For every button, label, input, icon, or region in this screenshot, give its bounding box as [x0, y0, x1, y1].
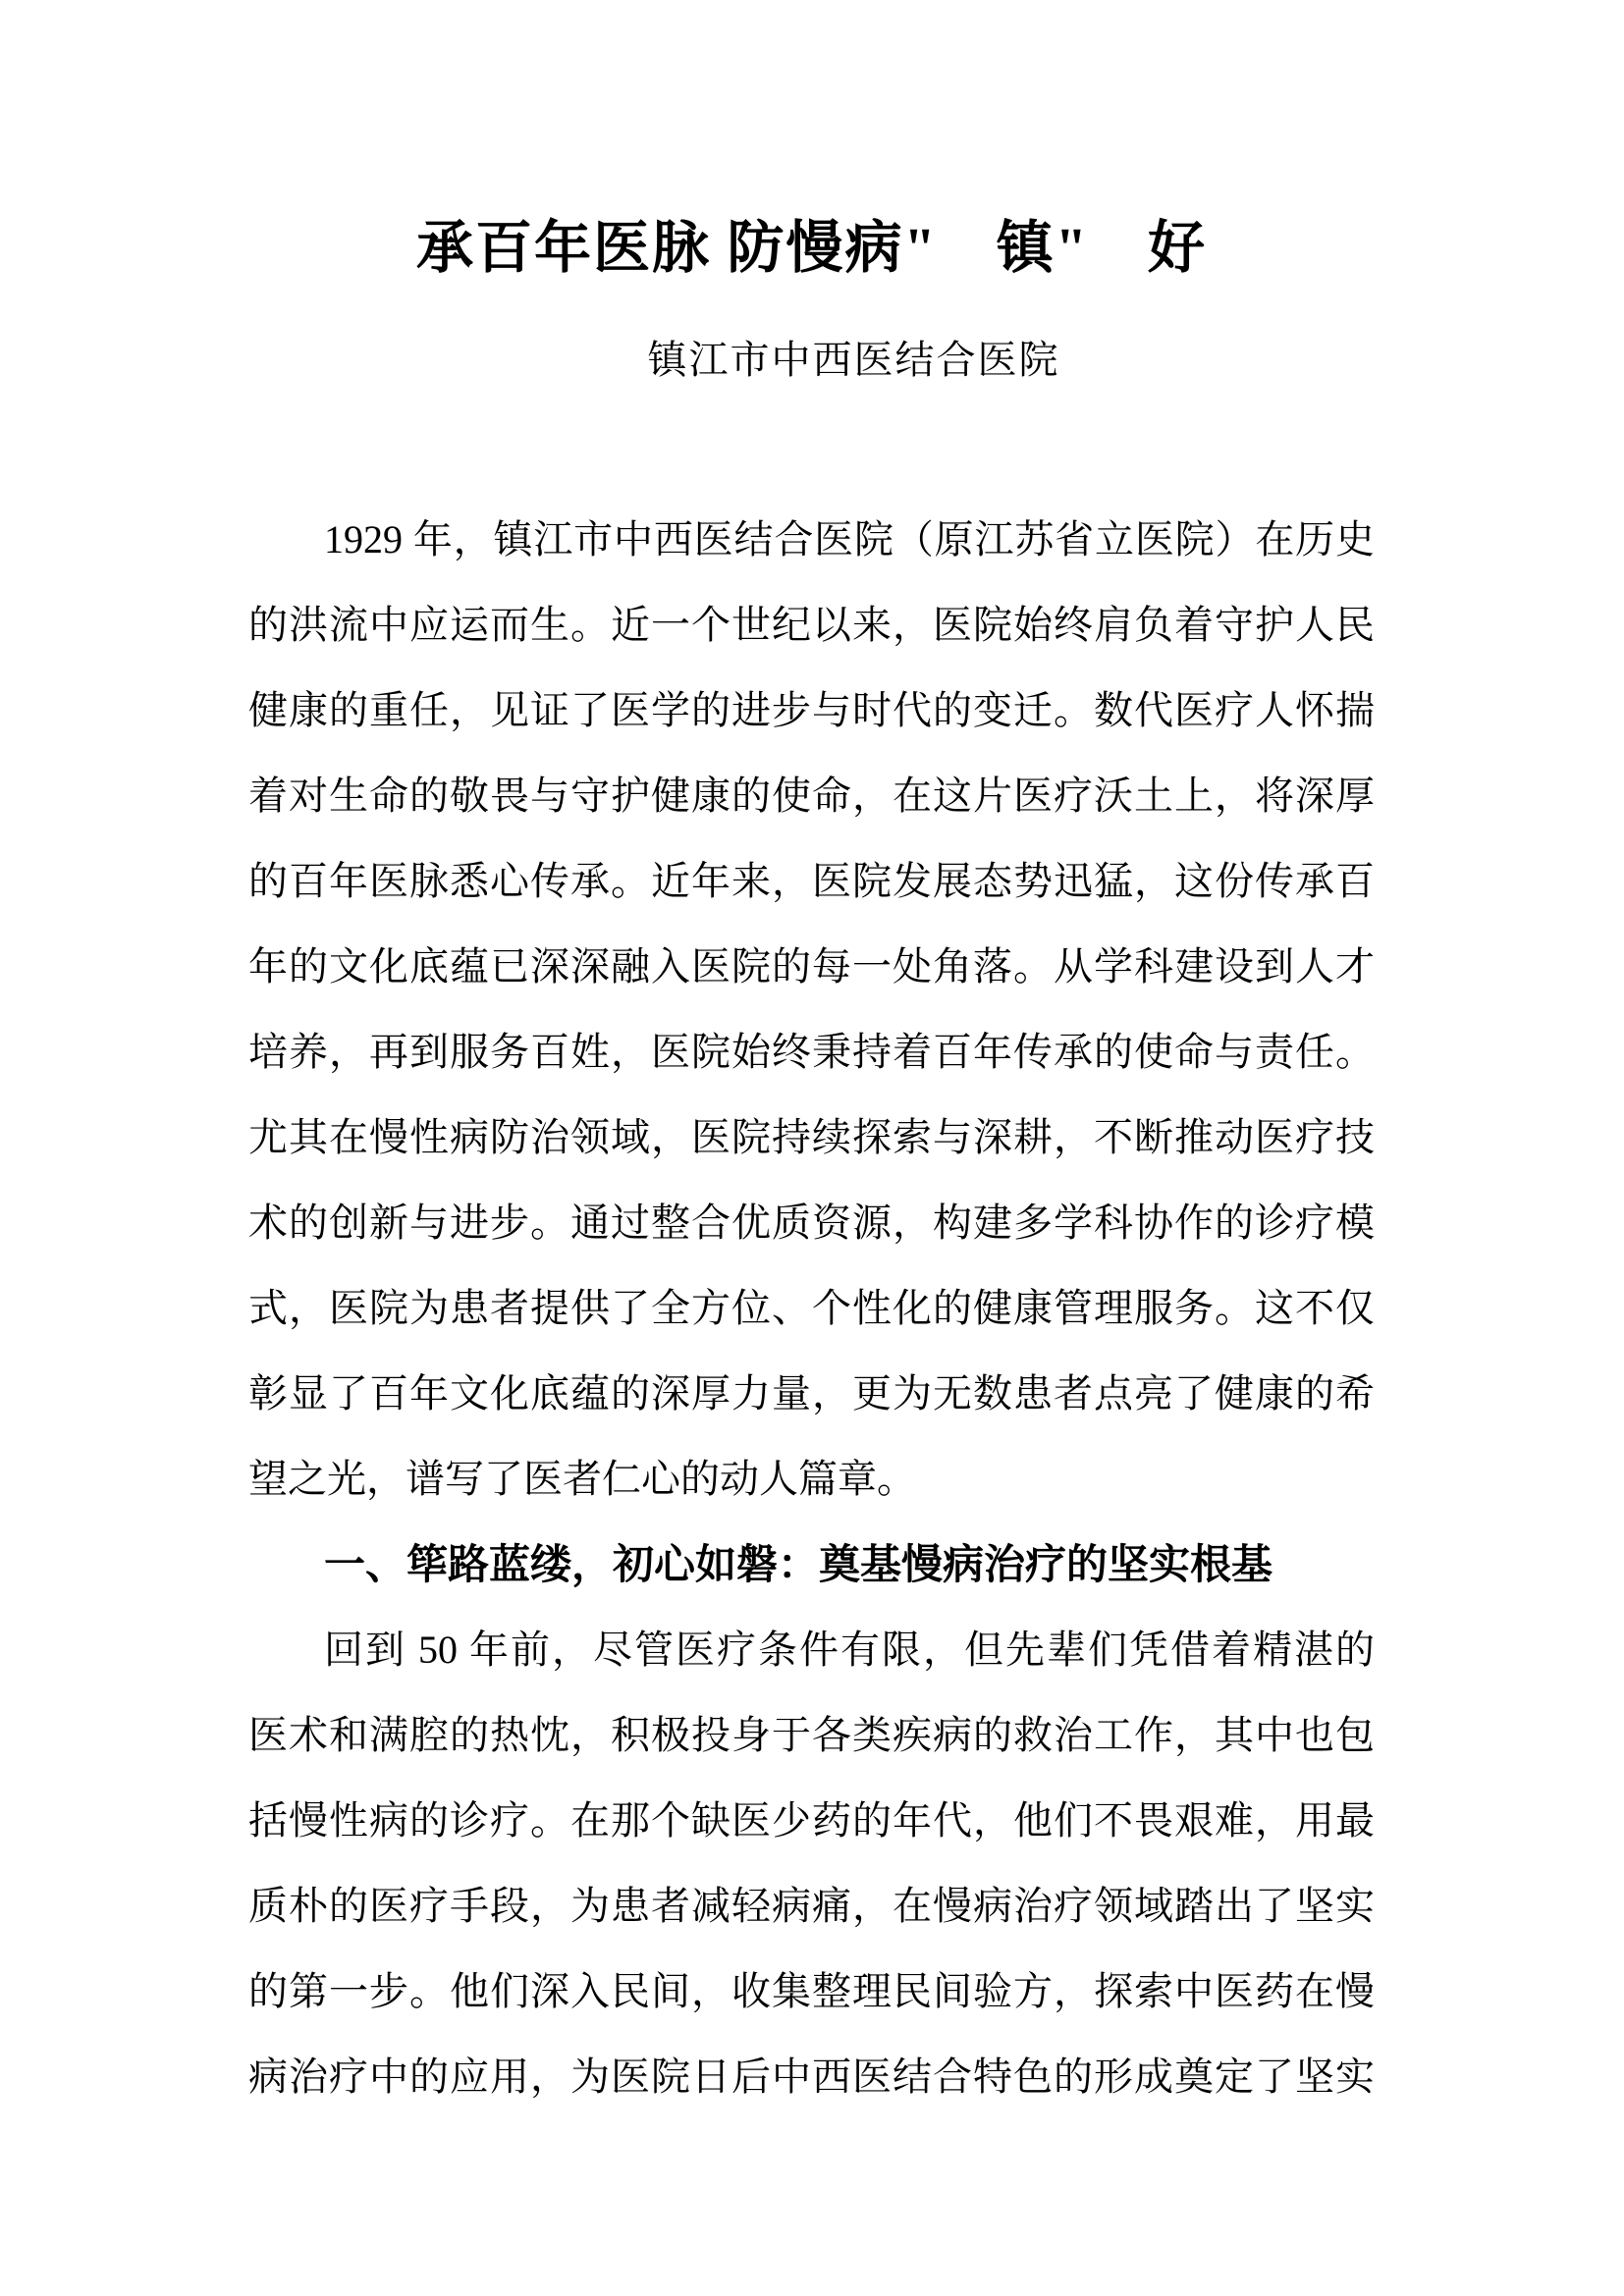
text-line: 式，医院为患者提供了全方位、个性化的健康管理服务。这不仅: [248, 1265, 1375, 1351]
document-title: 承百年医脉 防慢病" 镇" 好: [248, 0, 1375, 286]
text-line: 年的文化底蕴已深深融入医院的每一处角落。从学科建设到人才: [248, 924, 1375, 1009]
text-line: 的百年医脉悉心传承。近年来，医院发展态势迅猛，这份传承百: [248, 838, 1375, 924]
text-line: 括慢性病的诊疗。在那个缺医少药的年代，他们不畏艰难，用最: [248, 1778, 1375, 1863]
text-line: 培养，再到服务百姓，医院始终秉持着百年传承的使命与责任。: [248, 1009, 1375, 1095]
text-line: 病治疗中的应用，为医院日后中西医结合特色的形成奠定了坚实: [248, 2034, 1375, 2119]
document-body: 1929 年，镇江市中西医结合医院（原江苏省立医院）在历史的洪流中应运而生。近一…: [248, 497, 1375, 2119]
text-line: 的第一步。他们深入民间，收集整理民间验方，探索中医药在慢: [248, 1949, 1375, 2034]
document-content: 承百年医脉 防慢病" 镇" 好 镇江市中西医结合医院 1929 年，镇江市中西医…: [248, 0, 1375, 2119]
text-line: 健康的重任，见证了医学的进步与时代的变迁。数代医疗人怀揣: [248, 667, 1375, 753]
text-line: 尤其在慢性病防治领域，医院持续探索与深耕，不断推动医疗技: [248, 1095, 1375, 1180]
paragraph: 1929 年，镇江市中西医结合医院（原江苏省立医院）在历史的洪流中应运而生。近一…: [248, 497, 1375, 1522]
text-line: 彰显了百年文化底蕴的深厚力量，更为无数患者点亮了健康的希: [248, 1351, 1375, 1436]
text-line: 术的创新与进步。通过整合优质资源，构建多学科协作的诊疗模: [248, 1180, 1375, 1265]
text-line: 1929 年，镇江市中西医结合医院（原江苏省立医院）在历史: [248, 497, 1375, 582]
paragraph: 回到 50 年前，尽管医疗条件有限，但先辈们凭借着精湛的医术和满腔的热忱，积极投…: [248, 1607, 1375, 2119]
document-page: 承百年医脉 防慢病" 镇" 好 镇江市中西医结合医院 1929 年，镇江市中西医…: [0, 0, 1624, 2296]
text-line: 医术和满腔的热忱，积极投身于各类疾病的救治工作，其中也包: [248, 1692, 1375, 1778]
text-line: 回到 50 年前，尽管医疗条件有限，但先辈们凭借着精湛的: [248, 1607, 1375, 1692]
section-heading: 一、筚路蓝缕，初心如磐：奠基慢病治疗的坚实根基: [248, 1522, 1375, 1607]
text-line: 着对生命的敬畏与守护健康的使命，在这片医疗沃土上，将深厚: [248, 753, 1375, 838]
text-line: 质朴的医疗手段，为患者减轻病痛，在慢病治疗领域踏出了坚实: [248, 1863, 1375, 1949]
text-line: 的洪流中应运而生。近一个世纪以来，医院始终肩负着守护人民: [248, 582, 1375, 667]
document-subtitle: 镇江市中西医结合医院: [248, 332, 1375, 389]
text-line: 望之光，谱写了医者仁心的动人篇章。: [248, 1436, 1375, 1522]
